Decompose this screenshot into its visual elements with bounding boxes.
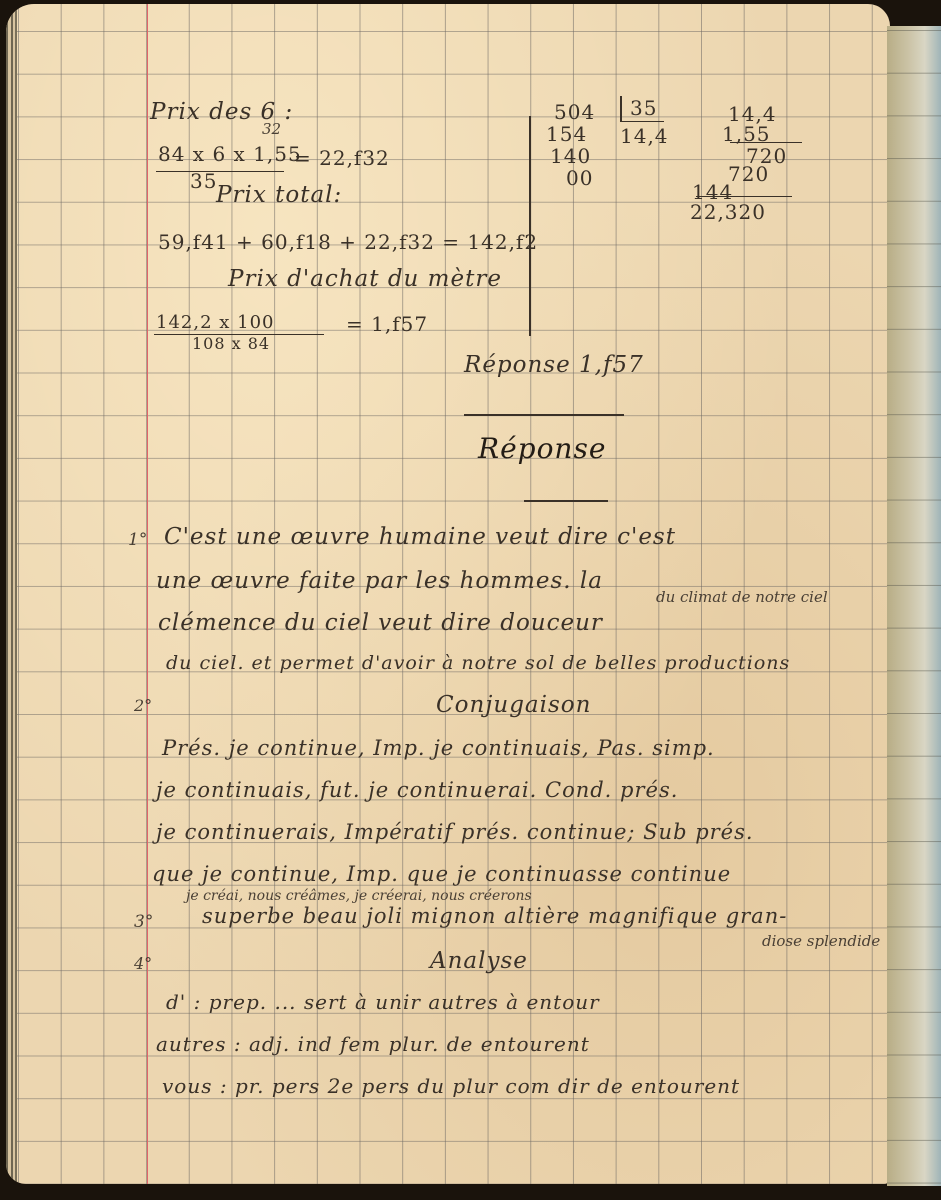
- page-binding-edge: [6, 4, 28, 1184]
- q2-insertion: je créai, nous créâmes, je créerai, nous…: [186, 888, 532, 904]
- prix-des-6-superscript: 32: [262, 120, 281, 138]
- prix-achat-heading: Prix d'achat du mètre: [228, 266, 502, 292]
- prix-des-6-denominator: 35: [190, 169, 217, 193]
- q1-line-2: une œuvre faite par les hommes. la: [156, 568, 603, 594]
- q2-number: 2°: [134, 696, 152, 715]
- division-dividend-2: 154: [546, 122, 587, 146]
- division-dividend-1: 504: [554, 100, 595, 124]
- q4-line-1: d' : prep. ... sert à unir autres à ento…: [166, 990, 600, 1014]
- divider-line: [464, 414, 624, 416]
- q2-line-2: je continuais, fut. je continuerai. Cond…: [156, 778, 678, 802]
- q2-line-1: Prés. je continue, Imp. je continuais, P…: [162, 736, 715, 760]
- prix-des-6-numerator: 84 x 6 x 1,55: [158, 142, 302, 166]
- q4-line-2: autres : adj. ind fem plur. de entourent: [156, 1032, 590, 1056]
- multiplication-bar: [696, 196, 792, 197]
- q1-insertion: du climat de notre ciel: [656, 588, 828, 606]
- q2-line-3: je continuerais, Impératif prés. continu…: [156, 820, 754, 844]
- q1-number: 1°: [128, 530, 147, 550]
- multiplication-result: 22,320: [690, 200, 766, 224]
- fraction-bar: [156, 171, 284, 172]
- multiplication-bar: [730, 142, 802, 143]
- q4-number: 4°: [134, 954, 152, 973]
- adjacent-page-edge: [887, 26, 941, 1186]
- prix-achat-numerator: 142,2 x 100: [156, 312, 274, 333]
- prix-des-6-result: = 22,f32: [294, 146, 390, 170]
- divider-line: [524, 500, 608, 502]
- final-answer: Réponse 1,f57: [464, 352, 644, 378]
- q2-title: Conjugaison: [436, 692, 591, 718]
- multiplication-line-4: 720: [728, 162, 769, 186]
- notebook-page: Prix des 6 : 32 84 x 6 x 1,55 35 = 22,f3…: [6, 4, 890, 1184]
- division-quotient: 14,4: [620, 124, 669, 148]
- prix-achat-result: = 1,f57: [346, 312, 428, 336]
- prix-achat-denominator: 108 x 84: [192, 334, 270, 353]
- q4-title: Analyse: [430, 948, 528, 974]
- q1-line-4: du ciel. et permet d'avoir à notre sol d…: [166, 652, 790, 674]
- division-bracket-bar: [620, 121, 664, 122]
- answers-title: Réponse: [478, 432, 606, 465]
- division-bracket: [620, 96, 622, 122]
- q1-line-3: clémence du ciel veut dire douceur: [158, 610, 603, 636]
- prix-total-heading: Prix total:: [216, 182, 342, 208]
- red-margin-line: [147, 4, 148, 1184]
- q3-continuation: diose splendide: [762, 932, 880, 950]
- q3-line: superbe beau joli mignon altière magnifi…: [202, 904, 787, 928]
- division-dividend-3: 140: [550, 144, 591, 168]
- q2-line-4: que je continue, Imp. que je continuasse…: [152, 862, 731, 886]
- prix-total-expression: 59,f41 + 60,f18 + 22,f32 = 142,f2: [158, 230, 538, 254]
- q4-line-3: vous : pr. pers 2e pers du plur com dir …: [162, 1074, 740, 1098]
- q1-line-1: C'est une œuvre humaine veut dire c'est: [164, 524, 676, 550]
- calculation-separator: [529, 116, 531, 336]
- q3-number: 3°: [134, 912, 153, 932]
- adjacent-page-grid: [887, 26, 941, 1186]
- division-dividend-4: 00: [566, 166, 593, 190]
- division-divisor: 35: [630, 96, 657, 120]
